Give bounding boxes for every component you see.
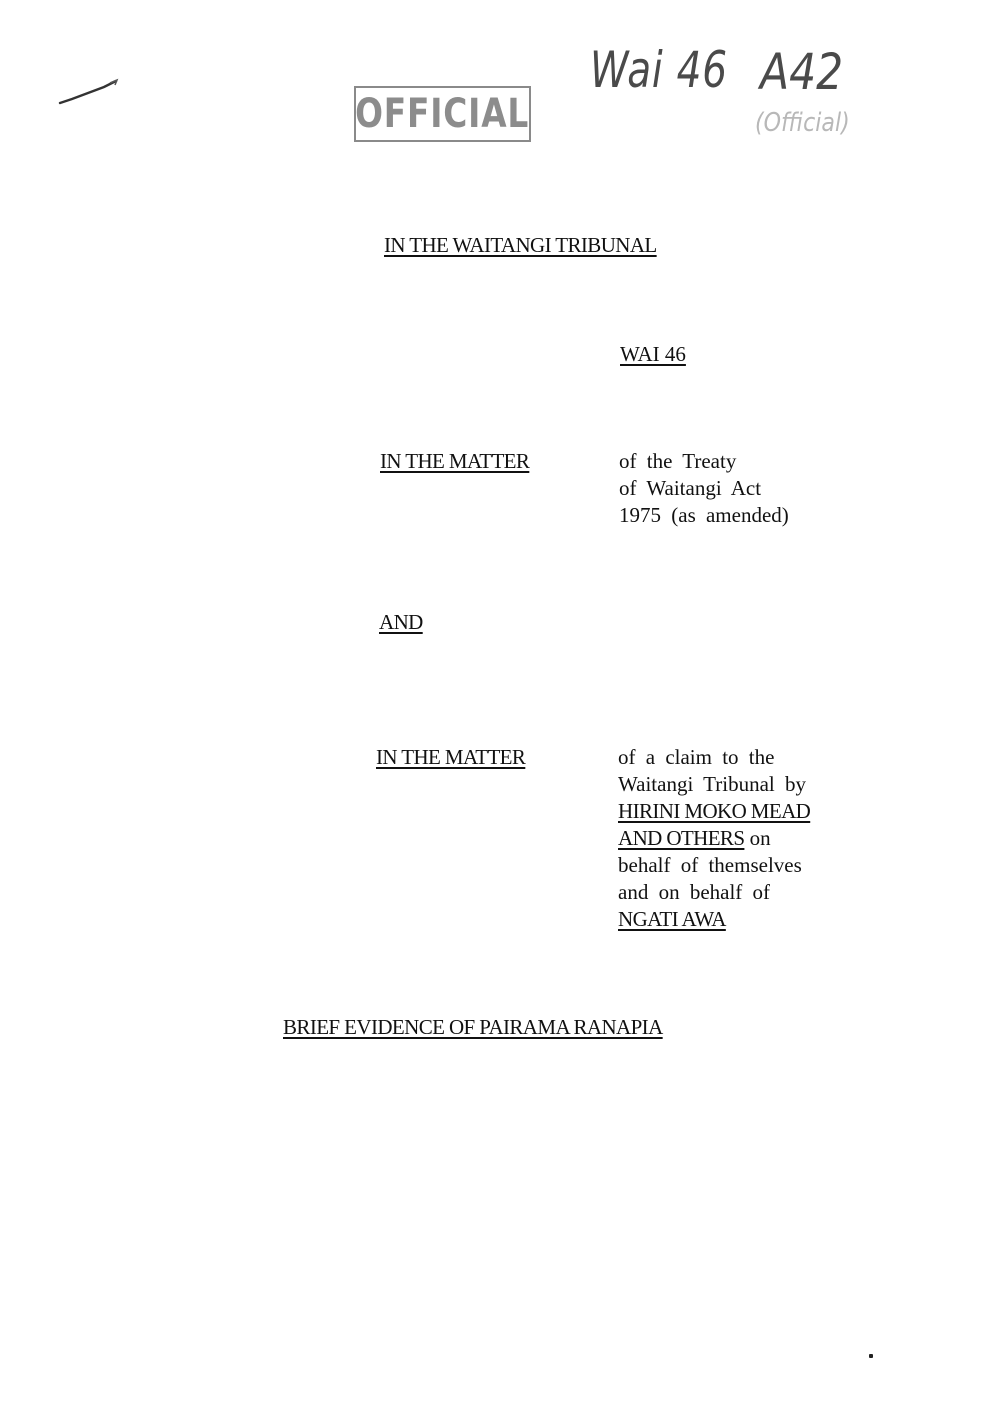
- claimant-names: HIRINI MOKO MEAD: [618, 798, 810, 825]
- matter-label-2: IN THE MATTER: [376, 744, 525, 771]
- matter-body-2: of a claim to the Waitangi Tribunal by H…: [618, 744, 810, 933]
- scan-speck: [869, 1354, 873, 1358]
- matter-body-1: of the Treaty of Waitangi Act 1975 (as a…: [619, 448, 789, 529]
- stamp-label: OFFICIAL: [355, 94, 529, 134]
- handwritten-note: (Official): [755, 110, 850, 136]
- matter-1-line: of the Treaty: [619, 448, 789, 475]
- iwi-name: NGATI AWA: [618, 906, 810, 933]
- matter-2-line: behalf of themselves: [618, 852, 810, 879]
- matter-2-line: Waitangi Tribunal by: [618, 771, 810, 798]
- handwritten-document-ref: A42: [760, 47, 843, 97]
- matter-label-1: IN THE MATTER: [380, 448, 529, 475]
- matter-1-line: 1975 (as amended): [619, 502, 789, 529]
- claimant-others: AND OTHERS: [618, 826, 744, 850]
- matter-2-line: of a claim to the: [618, 744, 810, 771]
- matter-2-line: on: [750, 826, 771, 850]
- and-label: AND: [379, 609, 423, 636]
- official-stamp: OFFICIAL: [354, 86, 531, 142]
- tribunal-heading: IN THE WAITANGI TRIBUNAL: [384, 232, 657, 259]
- document-title: BRIEF EVIDENCE OF PAIRAMA RANAPIA: [283, 1014, 663, 1041]
- matter-1-line: of Waitangi Act: [619, 475, 789, 502]
- pen-stroke-mark: [58, 78, 120, 106]
- matter-2-line: and on behalf of: [618, 879, 810, 906]
- claim-number: WAI 46: [620, 341, 686, 368]
- handwritten-file-ref: Wai 46: [590, 45, 728, 95]
